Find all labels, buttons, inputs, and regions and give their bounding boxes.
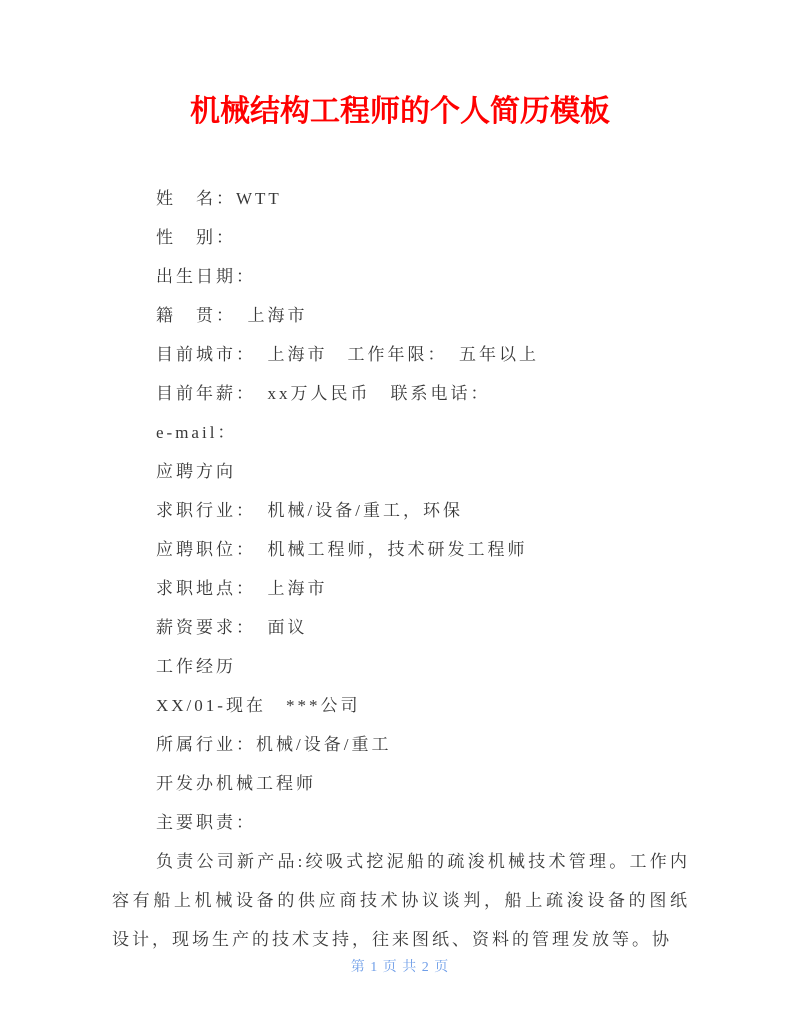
- document-title: 机械结构工程师的个人简历模板: [0, 0, 800, 131]
- field-target-position: 应聘职位： 机械工程师，技术研发工程师: [112, 530, 690, 569]
- duties-paragraph: 负责公司新产品:绞吸式挖泥船的疏浚机械技术管理。工作内容有船上机械设备的供应商技…: [112, 842, 690, 959]
- field-job-title: 开发办机械工程师: [112, 764, 690, 803]
- field-target-industry: 求职行业： 机械/设备/重工，环保: [112, 491, 690, 530]
- page-footer: 第 1 页 共 2 页: [0, 958, 800, 978]
- field-gender: 性 别：: [112, 218, 690, 257]
- label-main-duties: 主要职责：: [112, 803, 690, 842]
- field-company-industry: 所属行业：机械/设备/重工: [112, 725, 690, 764]
- field-target-location: 求职地点： 上海市: [112, 569, 690, 608]
- field-city-experience: 目前城市： 上海市 工作年限： 五年以上: [112, 335, 690, 374]
- field-email: e-mail：: [112, 413, 690, 452]
- document-body: 姓 名：WTT 性 别： 出生日期： 籍 贯： 上海市 目前城市： 上海市 工作…: [112, 179, 690, 959]
- field-birthdate: 出生日期：: [112, 257, 690, 296]
- field-name: 姓 名：WTT: [112, 179, 690, 218]
- field-native-place: 籍 贯： 上海市: [112, 296, 690, 335]
- field-employment-period: XX/01-现在 ***公司: [112, 686, 690, 725]
- document-page: 机械结构工程师的个人简历模板 姓 名：WTT 性 别： 出生日期： 籍 贯： 上…: [0, 0, 800, 1035]
- section-job-intention: 应聘方向: [112, 452, 690, 491]
- section-work-history: 工作经历: [112, 647, 690, 686]
- field-expected-salary: 薪资要求： 面议: [112, 608, 690, 647]
- field-salary-phone: 目前年薪： xx万人民币 联系电话：: [112, 374, 690, 413]
